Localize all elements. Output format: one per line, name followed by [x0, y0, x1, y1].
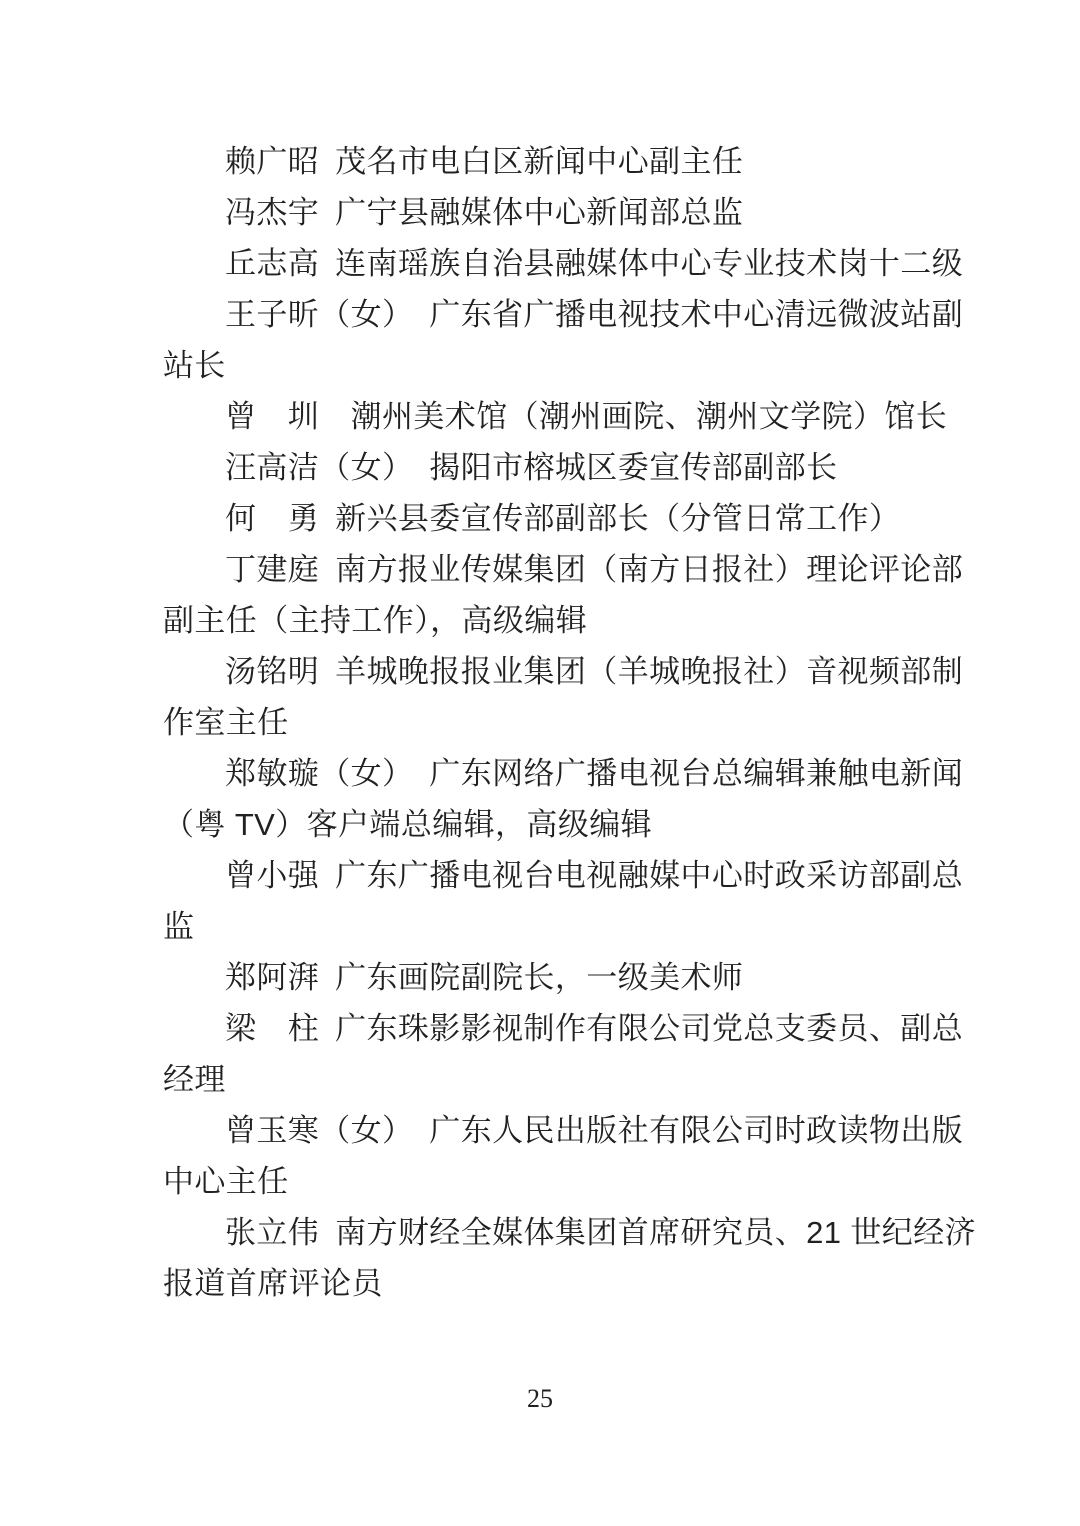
text-line: 报道首席评论员 — [163, 1258, 953, 1309]
text-line: 站长 — [163, 340, 953, 391]
text-line: 汪高洁（女） 揭阳市榕城区委宣传部副部长 — [163, 442, 953, 493]
text-line: 副主任（主持工作），高级编辑 — [163, 595, 953, 646]
text-line: 作室主任 — [163, 697, 953, 748]
text-line: （粤 TV）客户端总编辑，高级编辑 — [163, 799, 953, 850]
document-body: 赖广昭 茂名市电白区新闻中心副主任 冯杰宇 广宁县融媒体中心新闻部总监 丘志高 … — [163, 136, 953, 1309]
text-line: 监 — [163, 901, 953, 952]
text-line: 张立伟 南方财经全媒体集团首席研究员、21 世纪经济 — [163, 1207, 953, 1258]
text-line: 曾小强 广东广播电视台电视融媒中心时政采访部副总 — [163, 850, 953, 901]
page-number: 25 — [0, 1384, 1080, 1414]
text-line: 经理 — [163, 1054, 953, 1105]
text-line: 郑敏璇（女） 广东网络广播电视台总编辑兼触电新闻 — [163, 748, 953, 799]
text-line: 王子昕（女） 广东省广播电视技术中心清远微波站副 — [163, 289, 953, 340]
text-line: 曾 圳 潮州美术馆（潮州画院、潮州文学院）馆长 — [163, 391, 953, 442]
text-line: 汤铭明 羊城晚报报业集团（羊城晚报社）音视频部制 — [163, 646, 953, 697]
text-line: 丘志高 连南瑶族自治县融媒体中心专业技术岗十二级 — [163, 238, 953, 289]
text-line: 何 勇 新兴县委宣传部副部长（分管日常工作） — [163, 493, 953, 544]
text-line: 赖广昭 茂名市电白区新闻中心副主任 — [163, 136, 953, 187]
text-line: 郑阿湃 广东画院副院长，一级美术师 — [163, 952, 953, 1003]
text-line: 冯杰宇 广宁县融媒体中心新闻部总监 — [163, 187, 953, 238]
text-line: 梁 柱 广东珠影影视制作有限公司党总支委员、副总 — [163, 1003, 953, 1054]
text-line: 中心主任 — [163, 1156, 953, 1207]
text-line: 曾玉寒（女） 广东人民出版社有限公司时政读物出版 — [163, 1105, 953, 1156]
document-page: 赖广昭 茂名市电白区新闻中心副主任 冯杰宇 广宁县融媒体中心新闻部总监 丘志高 … — [0, 0, 1080, 1526]
text-line: 丁建庭 南方报业传媒集团（南方日报社）理论评论部 — [163, 544, 953, 595]
